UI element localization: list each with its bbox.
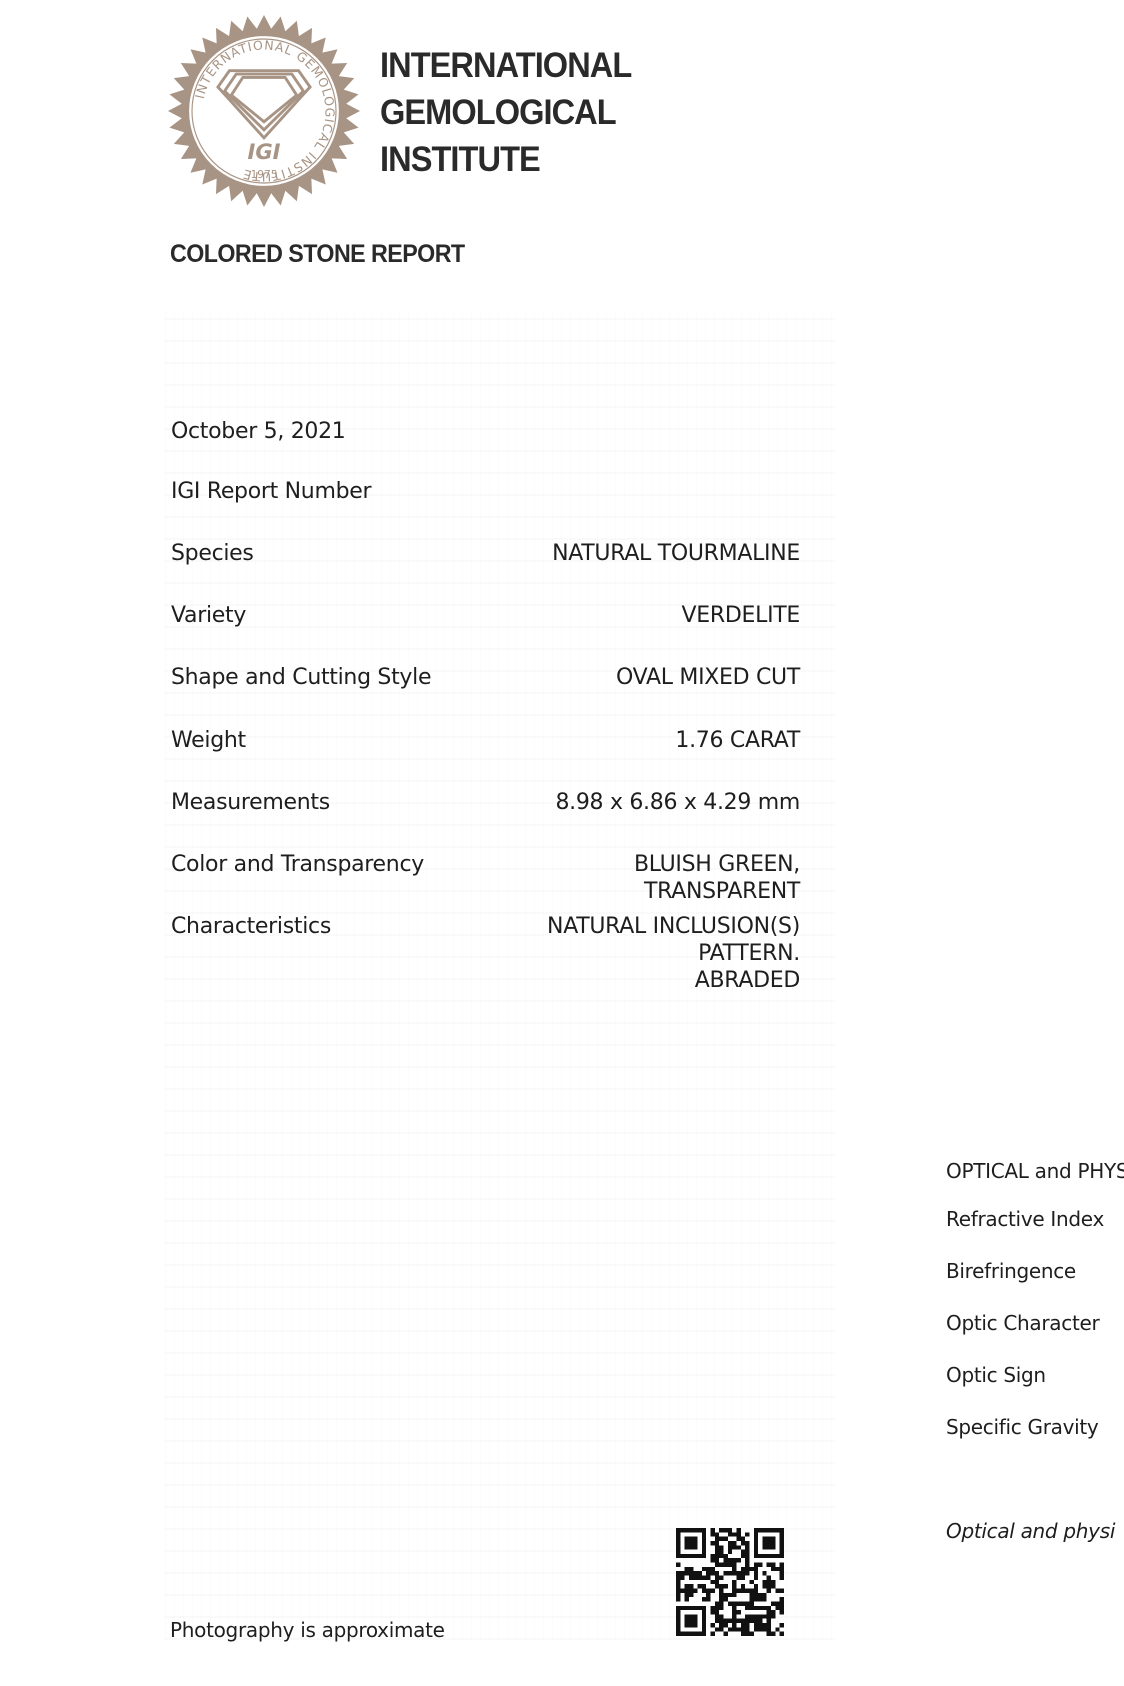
report-date: October 5, 2021 xyxy=(171,418,346,446)
org-name-line-3: INSTITUTE xyxy=(380,136,631,183)
field-value-characteristics: PATTERN. xyxy=(698,940,800,968)
field-label-species: Species xyxy=(171,540,254,568)
optical-heading: OPTICAL and PHYS xyxy=(946,1157,1124,1185)
svg-text:IGI: IGI xyxy=(247,139,280,164)
field-value-species: NATURAL TOURMALINE xyxy=(552,540,800,568)
photography-note: Photography is approximate xyxy=(170,1616,445,1644)
field-value-characteristics: NATURAL INCLUSION(S) xyxy=(547,913,800,941)
label-optic-sign: Optic Sign xyxy=(946,1361,1046,1389)
label-refractive-index: Refractive Index xyxy=(946,1205,1104,1233)
field-value-color-and-transparency: BLUISH GREEN, xyxy=(634,851,800,879)
field-label-shape-and-cutting-style: Shape and Cutting Style xyxy=(171,664,431,692)
field-label-weight: Weight xyxy=(171,727,246,755)
org-name-line-2: GEMOLOGICAL xyxy=(380,89,631,136)
field-label-color-and-transparency: Color and Transparency xyxy=(171,851,424,879)
field-value-characteristics: ABRADED xyxy=(695,967,800,995)
label-specific-gravity: Specific Gravity xyxy=(946,1413,1098,1441)
org-name-line-1: INTERNATIONAL xyxy=(380,42,631,89)
field-label-variety: Variety xyxy=(171,602,246,630)
optical-note: Optical and physi xyxy=(946,1517,1115,1545)
field-value-variety: VERDELITE xyxy=(682,602,800,630)
field-value-color-and-transparency: TRANSPARENT xyxy=(644,878,800,906)
field-value-weight: 1.76 CARAT xyxy=(675,727,800,755)
field-label-characteristics: Characteristics xyxy=(171,913,331,941)
field-value-measurements: 8.98 x 6.86 x 4.29 mm xyxy=(555,789,800,817)
report-number-label: IGI Report Number xyxy=(171,478,371,506)
qr-code-icon[interactable] xyxy=(676,1528,784,1636)
igi-seal-logo: INTERNATIONAL GEMOLOGICAL INSTITUTEIGI19… xyxy=(168,15,360,207)
field-value-shape-and-cutting-style: OVAL MIXED CUT xyxy=(616,664,800,692)
svg-text:1975: 1975 xyxy=(251,169,278,181)
label-birefringence: Birefringence xyxy=(946,1257,1076,1285)
report-title: COLORED STONE REPORT xyxy=(170,240,465,269)
field-label-measurements: Measurements xyxy=(171,789,330,817)
label-optic-character: Optic Character xyxy=(946,1309,1099,1337)
organization-name: INTERNATIONAL GEMOLOGICAL INSTITUTE xyxy=(380,42,631,183)
